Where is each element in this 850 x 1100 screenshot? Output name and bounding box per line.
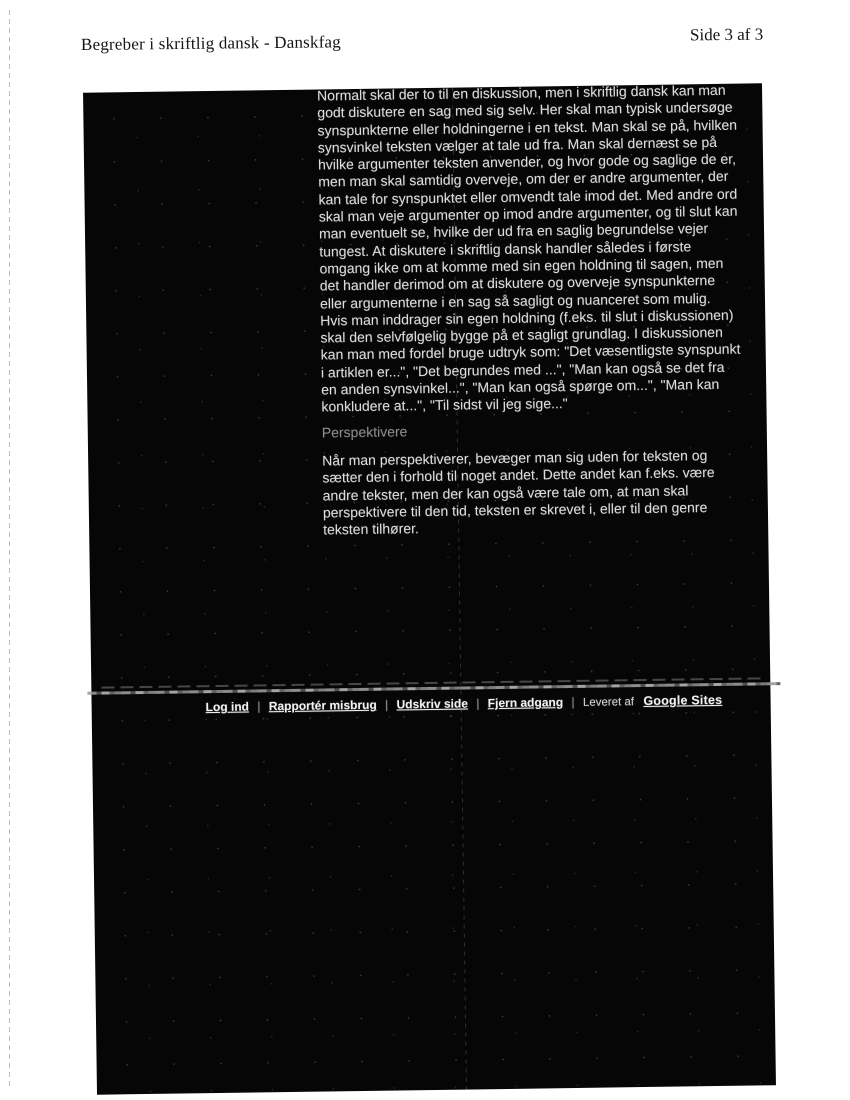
footer-separator: |	[476, 696, 479, 710]
udskriv-side-link[interactable]: Udskriv side	[396, 696, 468, 711]
paragraph-perspektivere: Når man perspektiverer, bevæger man sig …	[322, 447, 744, 539]
document-title: Begreber i skriftlig dansk - Danskfag	[81, 32, 341, 55]
google-sites-link[interactable]: Google Sites	[643, 693, 722, 708]
fjern-adgang-link[interactable]: Fjern adgang	[488, 695, 564, 710]
section-heading-perspektivere: Perspektivere	[322, 418, 743, 441]
article-text-column: Normalt skal der to til en diskussion, m…	[317, 82, 744, 539]
footer-separator: |	[257, 699, 260, 713]
footer-separator: |	[571, 695, 574, 709]
scanned-document-page: Begreber i skriftlig dansk - Danskfag Si…	[0, 0, 850, 1100]
log-ind-link[interactable]: Log ind	[206, 700, 250, 715]
footer-separator: |	[385, 698, 388, 712]
powered-by-label: Leveret af	[583, 696, 634, 709]
paragraph-diskutere: Normalt skal der to til en diskussion, m…	[317, 82, 743, 416]
inverted-scan-region: Normalt skal der to til en diskussion, m…	[83, 83, 776, 1094]
site-footer: Log ind | Rapportér misbrug | Udskriv si…	[204, 693, 725, 714]
scan-fold-line-left	[9, 10, 10, 1088]
rapporter-misbrug-link[interactable]: Rapportér misbrug	[269, 698, 377, 714]
page-number-indicator: Side 3 af 3	[690, 25, 763, 46]
